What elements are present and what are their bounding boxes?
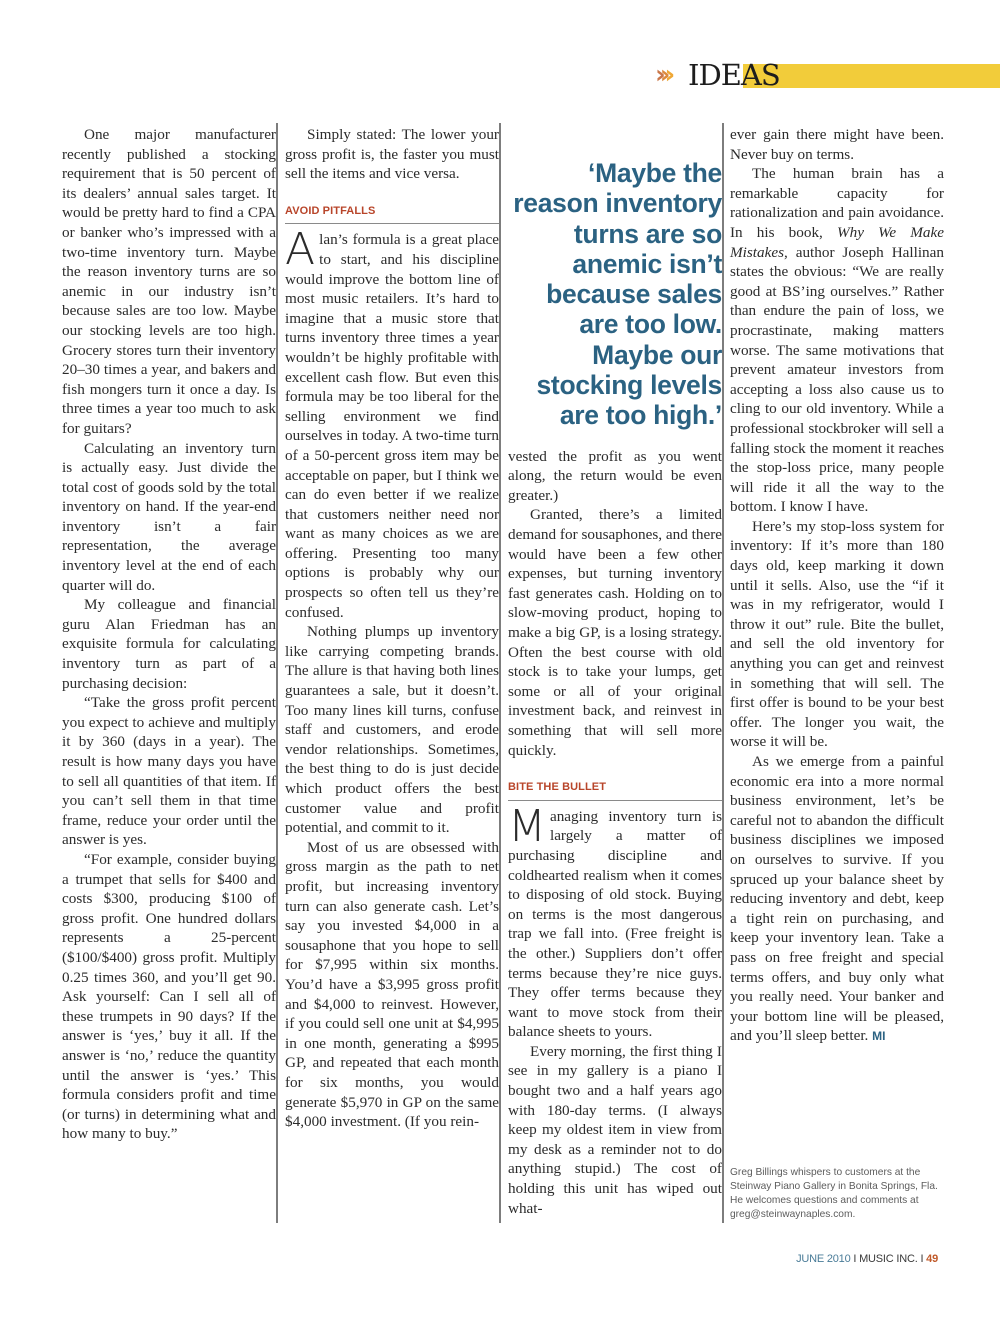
magazine-page: ››› IDEAS One major manufacturer recentl…: [0, 0, 1000, 1318]
section-title: IDEAS: [688, 58, 780, 92]
paragraph: My colleague and financial guru Alan Fri…: [62, 595, 276, 693]
end-mark: MI: [872, 1029, 885, 1043]
issue-date: JUNE 2010: [796, 1253, 850, 1265]
author-bio: Greg Billings whispers to customers at t…: [730, 1166, 944, 1222]
pull-quote: ‘Maybe the reason inventory turns are so…: [508, 158, 722, 431]
paragraph: One major manufacturer recently publishe…: [62, 125, 276, 439]
column-divider: [276, 123, 278, 1223]
paragraph-text: lan’s formula is a great place to start,…: [285, 231, 499, 620]
subhead-avoid-pitfalls: AVOID PITFALLS: [285, 202, 499, 225]
paragraph-with-dropcap: Alan’s formula is a great place to start…: [285, 230, 499, 622]
section-header: ››› IDEAS: [655, 62, 1000, 90]
article-column-3: ‘Maybe the reason inventory turns are so…: [508, 125, 722, 1218]
paragraph-with-dropcap: Managing inventory turn is largely a mat…: [508, 807, 722, 1042]
header-accent-bar: [743, 64, 1000, 88]
paragraph: “For example, consider buying a trumpet …: [62, 850, 276, 1144]
paragraph: Simply stated: The lower your gross prof…: [285, 125, 499, 184]
page-footer: JUNE 2010 I MUSIC INC. I 49: [760, 1253, 938, 1265]
column-divider: [499, 123, 501, 1223]
subhead-bite-the-bullet: BITE THE BULLET: [508, 778, 722, 801]
article-column-1: One major manufacturer recently publishe…: [62, 125, 276, 1144]
paragraph: Granted, there’s a limited demand for so…: [508, 505, 722, 760]
dropcap: M: [508, 809, 546, 845]
triple-chevron-icon: ›››: [655, 60, 669, 90]
page-number: 49: [926, 1253, 938, 1265]
paragraph: Calculating an inventory turn is actuall…: [62, 439, 276, 596]
column-divider: [722, 123, 724, 1223]
paragraph: As we emerge from a painful economic era…: [730, 752, 944, 1047]
paragraph: vested the profit as you went along, the…: [508, 447, 722, 506]
article-column-2: Simply stated: The lower your gross prof…: [285, 125, 499, 1132]
dropcap: A: [285, 232, 315, 268]
article-column-4: ever gain there might have been. Never b…: [730, 125, 944, 1047]
paragraph: Nothing plumps up inventory like carryin…: [285, 622, 499, 838]
paragraph: Here’s my stop-loss system for inventory…: [730, 517, 944, 752]
publication-name: I MUSIC INC. I: [851, 1253, 927, 1265]
paragraph: Most of us are obsessed with gross margi…: [285, 838, 499, 1132]
paragraph-text: , author Joseph Hallinan states the obvi…: [730, 244, 944, 516]
paragraph-text: As we emerge from a painful economic era…: [730, 753, 944, 1044]
paragraph: “Take the gross profit percent you expec…: [62, 693, 276, 850]
paragraph: ever gain there might have been. Never b…: [730, 125, 944, 164]
paragraph: Every morning, the first thing I see in …: [508, 1042, 722, 1218]
paragraph: The human brain has a remarkable capacit…: [730, 164, 944, 517]
